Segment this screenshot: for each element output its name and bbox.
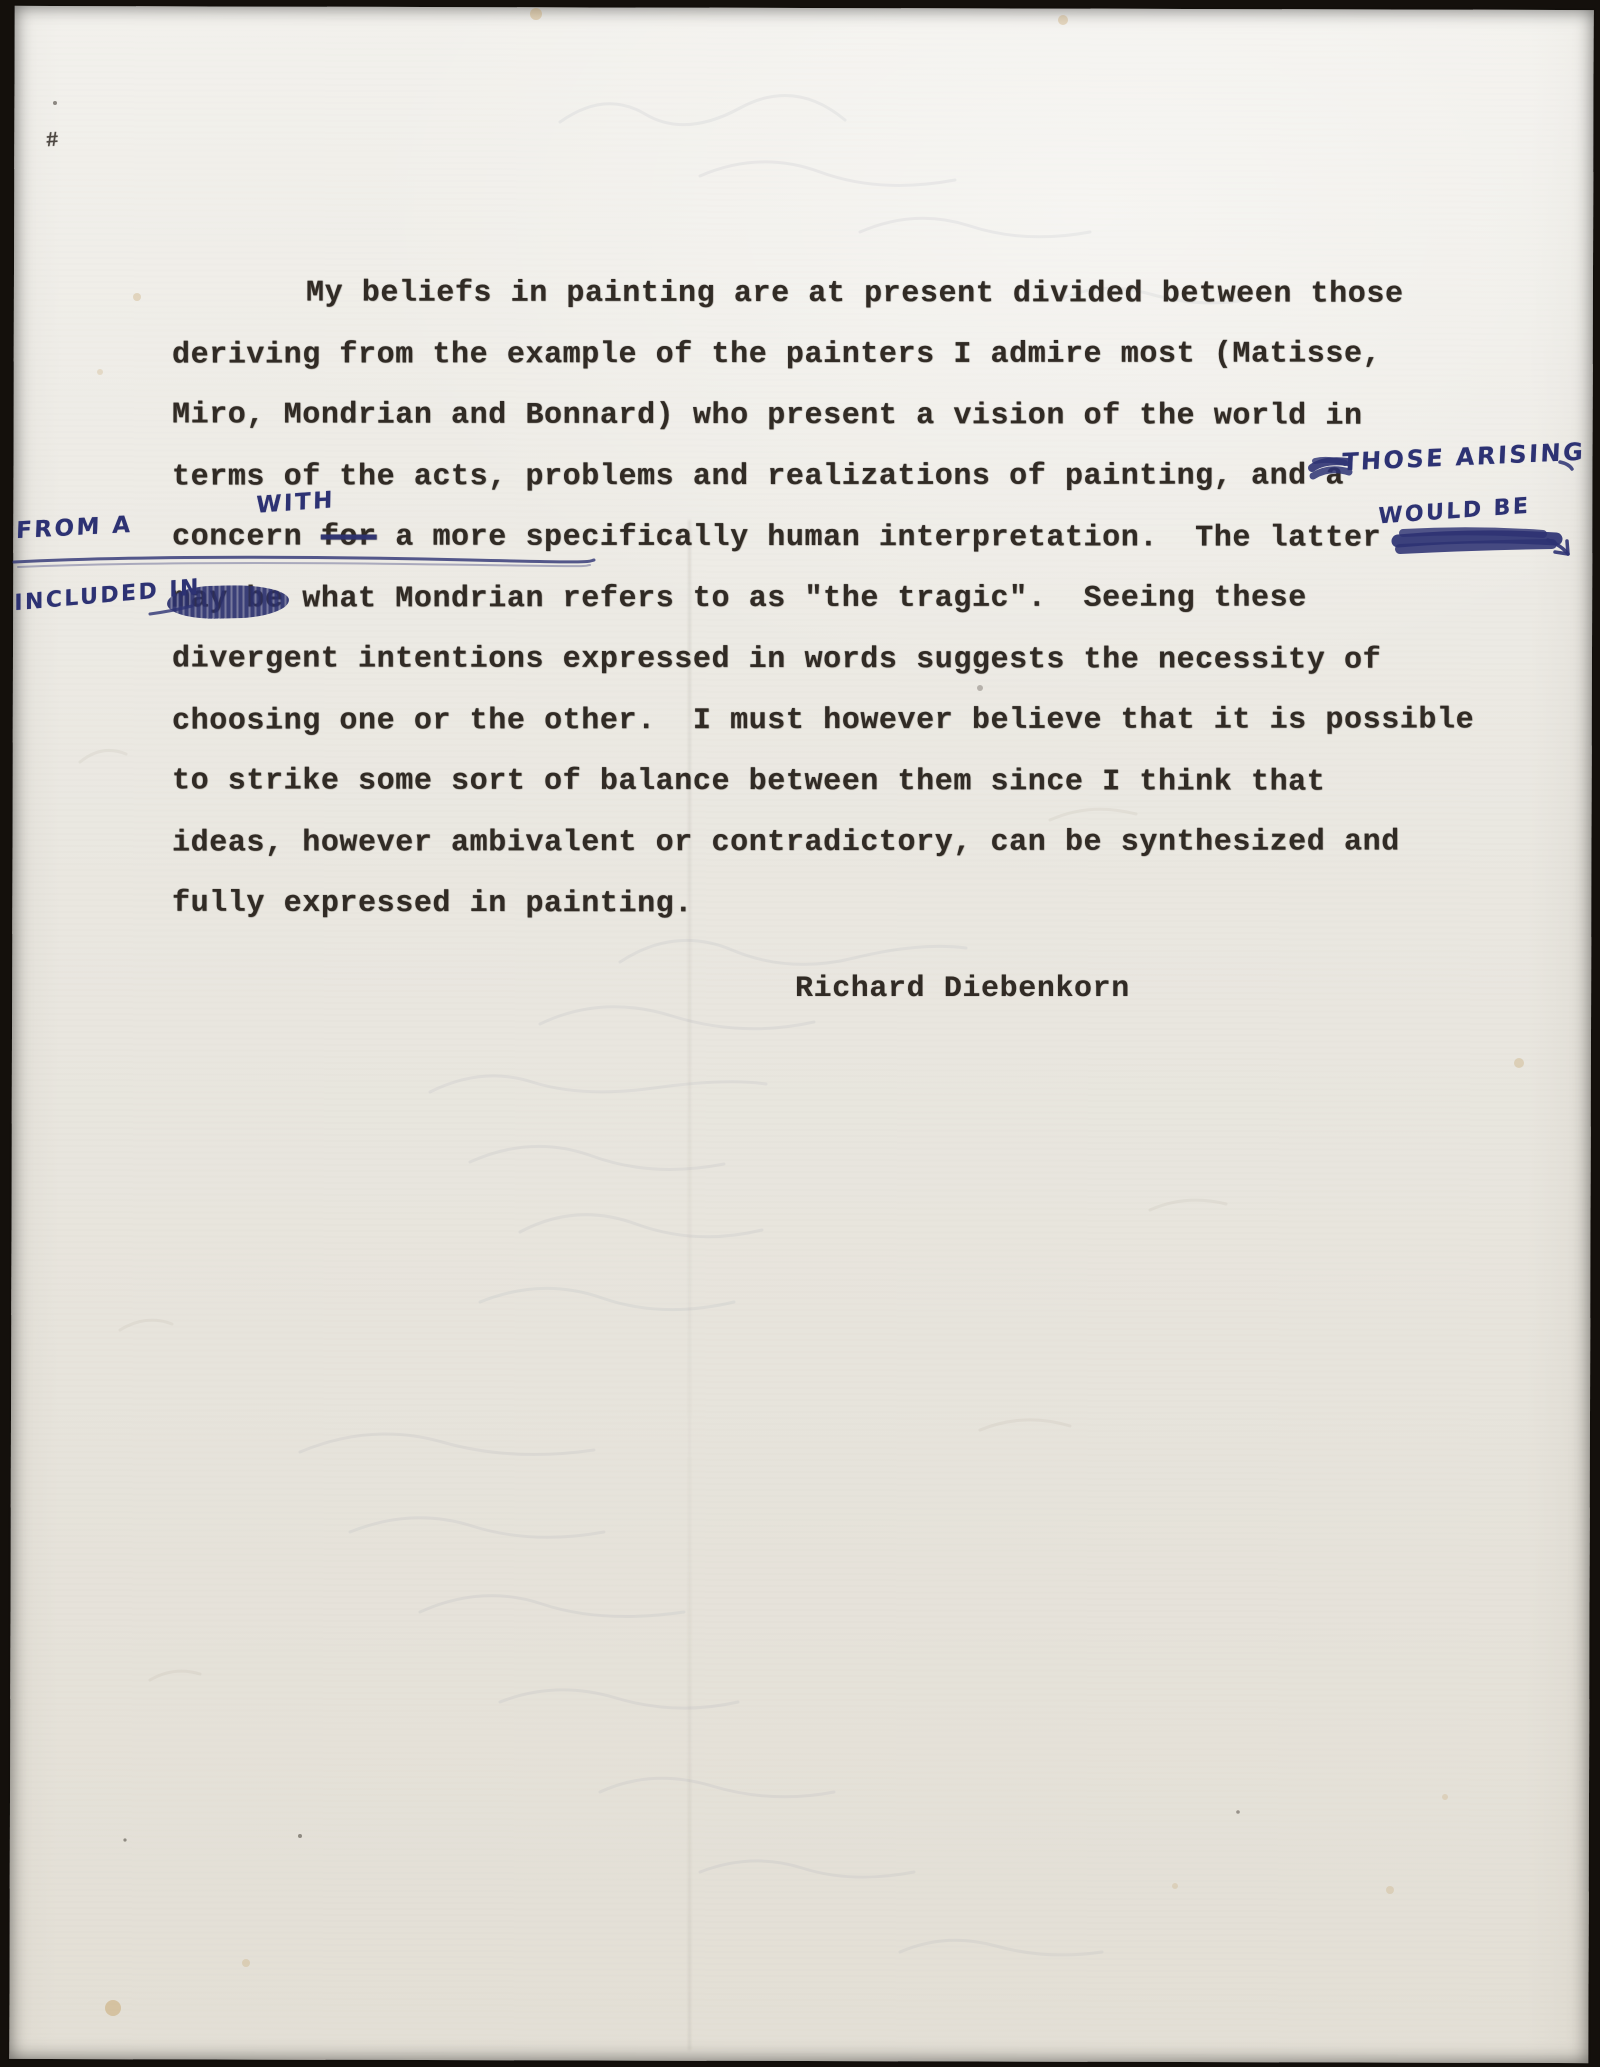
paper-crease [688, 520, 691, 2050]
signature-typed: Richard Diebenkorn [795, 972, 1130, 1006]
scanned-document-photo: { "page": { "corner_mark": "#", "signatu… [0, 0, 1600, 2067]
corner-hash-mark: # [45, 130, 59, 154]
paper-sheet [9, 6, 1593, 2063]
